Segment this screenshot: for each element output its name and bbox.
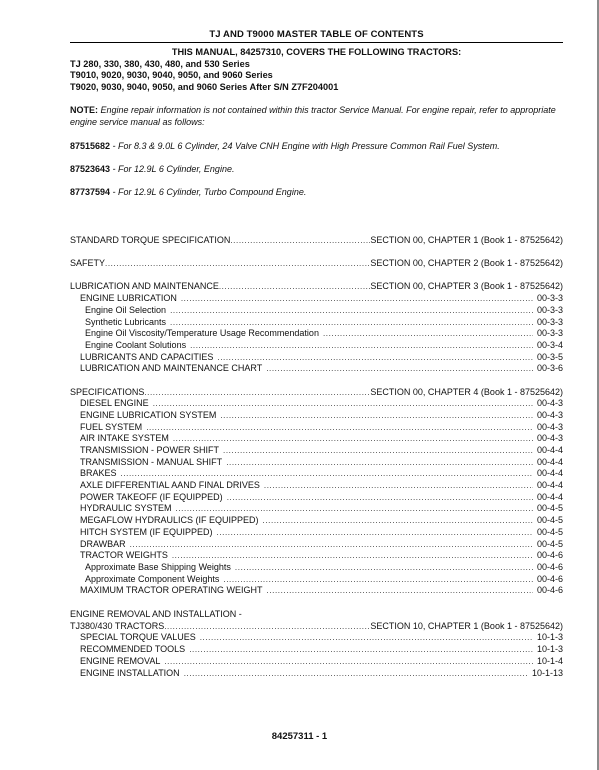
toc-entry-label: AXLE DIFFERENTIAL AAND FINAL DRIVES <box>80 480 260 492</box>
toc-entry-page: 00-4-6 <box>537 550 563 562</box>
toc-entry-page: SECTION 00, CHAPTER 3 (Book 1 - 87525642… <box>370 281 563 293</box>
dot-leader <box>323 328 533 340</box>
dot-leader <box>217 352 533 364</box>
dot-leader <box>219 281 371 293</box>
toc-entry[interactable]: DRAWBAR00-4-5 <box>70 539 563 551</box>
toc-entry[interactable]: TJ380/430 TRACTORSSECTION 10, CHAPTER 1 … <box>70 621 563 633</box>
toc-entry[interactable]: TRANSMISSION - POWER SHIFT00-4-4 <box>70 445 563 457</box>
toc-entry[interactable]: FUEL SYSTEM00-4-3 <box>70 422 563 434</box>
manual-number: 87515682 <box>70 141 110 151</box>
covers-heading: THIS MANUAL, 84257310, COVERS THE FOLLOW… <box>70 47 563 59</box>
toc-entry-page: SECTION 00, CHAPTER 1 (Book 1 - 87525642… <box>370 235 563 247</box>
page-title: TJ AND T9000 MASTER TABLE OF CONTENTS <box>70 29 563 40</box>
dot-leader <box>189 644 533 656</box>
toc-entry[interactable]: TRACTOR WEIGHTS00-4-6 <box>70 550 563 562</box>
toc-entry-page: 00-4-6 <box>537 562 563 574</box>
engine-repair-note: NOTE: Engine repair information is not c… <box>70 105 563 128</box>
engine-manual-ref: 87515682 - For 8.3 & 9.0L 6 Cylinder, 24… <box>70 141 563 152</box>
toc-entry-page: 00-3-6 <box>537 363 563 375</box>
dot-leader <box>170 317 533 329</box>
toc-entry[interactable]: LUBRICATION AND MAINTENANCESECTION 00, C… <box>70 281 563 293</box>
manual-description: - For 12.9L 6 Cylinder, Engine. <box>110 164 234 174</box>
dot-leader <box>235 562 533 574</box>
toc-entry-label: Synthetic Lubricants <box>85 317 166 329</box>
dot-leader <box>217 527 533 539</box>
toc-entry-label: ENGINE REMOVAL AND INSTALLATION - <box>70 609 242 621</box>
dot-leader <box>227 492 533 504</box>
toc-entry[interactable]: HYDRAULIC SYSTEM00-4-5 <box>70 503 563 515</box>
toc-entry[interactable]: Engine Oil Viscosity/Temperature Usage R… <box>70 328 563 340</box>
dot-leader <box>144 387 370 399</box>
toc-entry-page: 10-1-3 <box>537 644 563 656</box>
toc-entry-label: SPECIFICATIONS <box>70 387 144 399</box>
toc-entry-page: 00-4-6 <box>537 585 563 597</box>
toc-entry-label: Approximate Component Weights <box>85 574 219 586</box>
toc-entry[interactable]: Engine Oil Selection00-3-3 <box>70 305 563 317</box>
dot-leader <box>153 398 533 410</box>
toc-entry[interactable]: Approximate Component Weights00-4-6 <box>70 574 563 586</box>
dot-leader <box>146 422 533 434</box>
dot-leader <box>266 363 533 375</box>
toc-entry-page: 00-3-3 <box>537 305 563 317</box>
covers-line: TJ 280, 330, 380, 430, 480, and 530 Seri… <box>70 59 563 71</box>
toc-entry[interactable]: ENGINE REMOVAL AND INSTALLATION - <box>70 609 563 621</box>
toc-entry-label: SPECIAL TORQUE VALUES <box>80 632 196 644</box>
covered-tractors: THIS MANUAL, 84257310, COVERS THE FOLLOW… <box>70 47 563 93</box>
toc-entry[interactable]: AIR INTAKE SYSTEM00-4-3 <box>70 433 563 445</box>
toc-entry-page: 00-3-3 <box>537 293 563 305</box>
toc-entry[interactable]: AXLE DIFFERENTIAL AAND FINAL DRIVES00-4-… <box>70 480 563 492</box>
toc-entry-page: 00-4-4 <box>537 445 563 457</box>
dot-leader <box>263 515 533 527</box>
manual-number: 87737594 <box>70 187 110 197</box>
toc-entry[interactable]: SAFETYSECTION 00, CHAPTER 2 (Book 1 - 87… <box>70 258 563 270</box>
engine-manual-ref: 87523643 - For 12.9L 6 Cylinder, Engine. <box>70 164 563 175</box>
toc-entry[interactable]: Engine Coolant Solutions00-3-4 <box>70 340 563 352</box>
toc-entry[interactable]: SPECIFICATIONSSECTION 00, CHAPTER 4 (Boo… <box>70 387 563 399</box>
toc-entry-label: RECOMMENDED TOOLS <box>80 644 185 656</box>
note-label: NOTE: <box>70 105 98 115</box>
dot-leader <box>190 340 533 352</box>
dot-leader <box>264 480 533 492</box>
toc-entry-page: 00-4-4 <box>537 492 563 504</box>
toc-entry-label: POWER TAKEOFF (IF EQUIPPED) <box>80 492 223 504</box>
dot-leader <box>170 305 533 317</box>
dot-leader <box>172 550 533 562</box>
dot-leader <box>220 410 533 422</box>
toc-entry-label: ENGINE INSTALLATION <box>80 668 180 680</box>
toc-entry[interactable]: TRANSMISSION - MANUAL SHIFT00-4-4 <box>70 457 563 469</box>
toc-entry-page: 00-4-5 <box>537 503 563 515</box>
manual-description: - For 12.9L 6 Cylinder, Turbo Compound E… <box>110 187 306 197</box>
toc-entry-label: ENGINE REMOVAL <box>80 656 160 668</box>
toc-entry[interactable]: Approximate Base Shipping Weights00-4-6 <box>70 562 563 574</box>
toc-entry-label: Engine Oil Viscosity/Temperature Usage R… <box>85 328 319 340</box>
toc-entry[interactable]: Synthetic Lubricants00-3-3 <box>70 317 563 329</box>
toc-entry-label: FUEL SYSTEM <box>80 422 142 434</box>
covers-line: T9010, 9020, 9030, 9040, 9050, and 9060 … <box>70 70 563 82</box>
toc-entry-page: 10-1-3 <box>537 632 563 644</box>
toc-entry[interactable]: SPECIAL TORQUE VALUES10-1-3 <box>70 632 563 644</box>
toc-entry-label: ENGINE LUBRICATION SYSTEM <box>80 410 216 422</box>
engine-manual-ref: 87737594 - For 12.9L 6 Cylinder, Turbo C… <box>70 187 563 198</box>
toc-entry[interactable]: DIESEL ENGINE00-4-3 <box>70 398 563 410</box>
toc-entry-label: AIR INTAKE SYSTEM <box>80 433 169 445</box>
manual-number: 87523643 <box>70 164 110 174</box>
toc-entry-label: TRANSMISSION - MANUAL SHIFT <box>80 457 222 469</box>
toc-entry[interactable]: MAXIMUM TRACTOR OPERATING WEIGHT00-4-6 <box>70 585 563 597</box>
dot-leader <box>230 235 370 247</box>
toc-entry[interactable]: MEGAFLOW HYDRAULICS (IF EQUIPPED)00-4-5 <box>70 515 563 527</box>
covers-line: T9020, 9030, 9040, 9050, and 9060 Series… <box>70 82 563 94</box>
toc-entry-label: DRAWBAR <box>80 539 126 551</box>
toc-entry-label: Approximate Base Shipping Weights <box>85 562 231 574</box>
dot-leader <box>105 258 370 270</box>
toc-entry[interactable]: RECOMMENDED TOOLS10-1-3 <box>70 644 563 656</box>
toc-entry-label: TJ380/430 TRACTORS <box>70 621 164 633</box>
dot-leader <box>164 656 533 668</box>
toc-entry-page: 00-4-3 <box>537 422 563 434</box>
dot-leader <box>223 445 533 457</box>
toc-entry-page: 00-4-5 <box>537 527 563 539</box>
toc-entry-label: LUBRICATION AND MAINTENANCE CHART <box>80 363 262 375</box>
note-text: Engine repair information is not contain… <box>70 105 556 127</box>
toc-entry-page: 00-3-4 <box>537 340 563 352</box>
toc-entry-page: 00-3-3 <box>537 328 563 340</box>
page-footer: 84257311 - 1 <box>0 731 599 742</box>
toc-entry-label: TRANSMISSION - POWER SHIFT <box>80 445 219 457</box>
toc-entry-label: Engine Oil Selection <box>85 305 166 317</box>
toc-entry[interactable]: ENGINE LUBRICATION SYSTEM00-4-3 <box>70 410 563 422</box>
dot-leader <box>223 574 533 586</box>
toc-entry-page: 00-4-3 <box>537 410 563 422</box>
toc-entry-page: 00-4-5 <box>537 515 563 527</box>
toc-entry-label: DIESEL ENGINE <box>80 398 149 410</box>
toc-entry-label: LUBRICANTS AND CAPACITIES <box>80 352 213 364</box>
toc-entry-label: MEGAFLOW HYDRAULICS (IF EQUIPPED) <box>80 515 259 527</box>
toc-entry-page: 00-4-5 <box>537 539 563 551</box>
dot-leader <box>176 503 533 515</box>
toc-entry[interactable]: ENGINE REMOVAL10-1-4 <box>70 656 563 668</box>
dot-leader <box>130 539 533 551</box>
toc-entry[interactable]: ENGINE LUBRICATION00-3-3 <box>70 293 563 305</box>
toc-entry-page: SECTION 00, CHAPTER 2 (Book 1 - 87525642… <box>370 258 563 270</box>
toc-entry[interactable]: STANDARD TORQUE SPECIFICATIONSECTION 00,… <box>70 235 563 247</box>
toc-entry[interactable]: BRAKES00-4-4 <box>70 468 563 480</box>
toc-entry-label: HITCH SYSTEM (IF EQUIPPED) <box>80 527 213 539</box>
toc-entry-page: 00-4-4 <box>537 457 563 469</box>
toc-entry-label: TRACTOR WEIGHTS <box>80 550 168 562</box>
dot-leader <box>267 585 533 597</box>
toc-entry-label: HYDRAULIC SYSTEM <box>80 503 172 515</box>
toc-entry-page: 00-3-3 <box>537 317 563 329</box>
dot-leader <box>226 457 533 469</box>
toc-entry-page: 10-1-4 <box>537 656 563 668</box>
toc-entry-label: ENGINE LUBRICATION <box>80 293 177 305</box>
dot-leader <box>200 632 533 644</box>
toc-entry[interactable]: HITCH SYSTEM (IF EQUIPPED)00-4-5 <box>70 527 563 539</box>
manual-description: - For 8.3 & 9.0L 6 Cylinder, 24 Valve CN… <box>110 141 500 151</box>
dot-leader <box>121 468 533 480</box>
toc-entry-page: 10-1-13 <box>532 668 563 680</box>
toc-entry[interactable]: LUBRICANTS AND CAPACITIES00-3-5 <box>70 352 563 364</box>
toc-entry[interactable]: LUBRICATION AND MAINTENANCE CHART00-3-6 <box>70 363 563 375</box>
toc-entry-page: SECTION 00, CHAPTER 4 (Book 1 - 87525642… <box>370 387 563 399</box>
toc-entry[interactable]: ENGINE INSTALLATION10-1-13 <box>70 668 563 680</box>
dot-leader <box>184 668 528 680</box>
toc-entry-page: 00-4-3 <box>537 433 563 445</box>
dot-leader <box>173 433 533 445</box>
title-rule <box>70 42 563 43</box>
dot-leader <box>164 621 370 633</box>
toc-entry-page: 00-4-6 <box>537 574 563 586</box>
dot-leader <box>181 293 533 305</box>
toc-entry-page: 00-4-4 <box>537 468 563 480</box>
toc-entry-label: Engine Coolant Solutions <box>85 340 186 352</box>
toc-entry-page: SECTION 10, CHAPTER 1 (Book 1 - 87525642… <box>370 621 563 633</box>
toc-entry-label: STANDARD TORQUE SPECIFICATION <box>70 235 230 247</box>
toc-entry-page: 00-4-4 <box>537 480 563 492</box>
toc-entry-page: 00-4-3 <box>537 398 563 410</box>
toc-entry-label: LUBRICATION AND MAINTENANCE <box>70 281 219 293</box>
toc-entry[interactable]: POWER TAKEOFF (IF EQUIPPED)00-4-4 <box>70 492 563 504</box>
toc-entry-label: SAFETY <box>70 258 105 270</box>
toc-entry-label: MAXIMUM TRACTOR OPERATING WEIGHT <box>80 585 263 597</box>
toc-entry-label: BRAKES <box>80 468 117 480</box>
toc-entry-page: 00-3-5 <box>537 352 563 364</box>
